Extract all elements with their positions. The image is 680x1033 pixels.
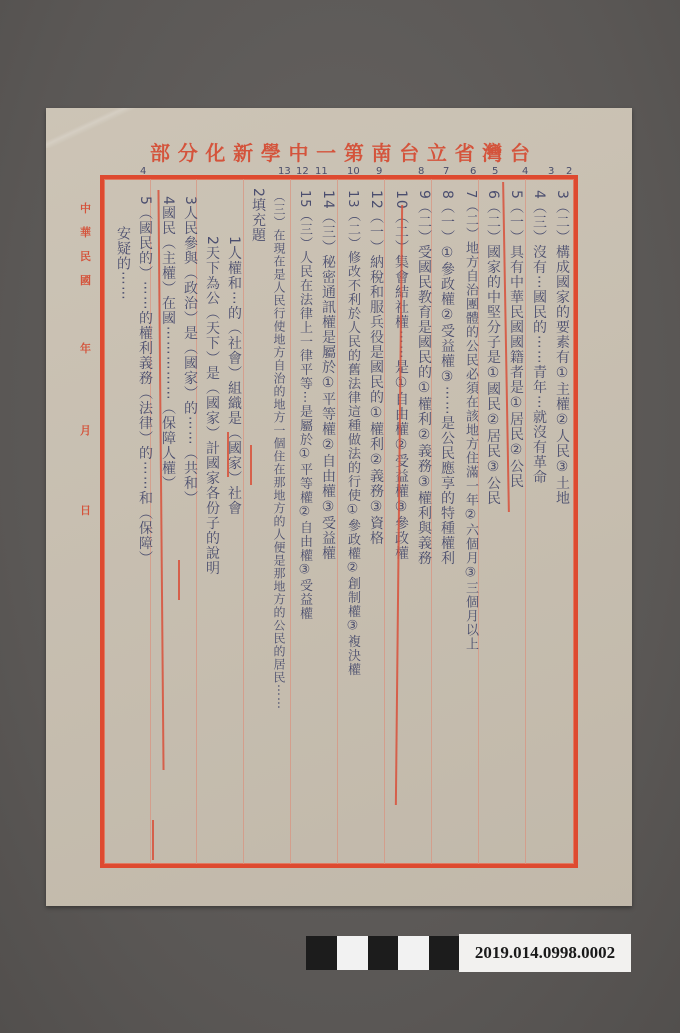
handwritten-column: 4（三）沒有⋯國民的⋯⋯青年⋯就沒有革命 [527, 190, 551, 485]
question-number: 1 [226, 236, 242, 246]
question-text: （一）納稅和服兵役是國民的①權利②義務③資格 [368, 210, 384, 546]
date-label: 民 [80, 248, 91, 264]
date-label-day: 日 [80, 502, 91, 518]
scale-patch-black [306, 936, 337, 970]
letterhead-char: 台 [510, 137, 530, 166]
letterhead-title: 台 灣 省 立 台 南 第 一 中 學 新 化 分 部 [150, 136, 530, 166]
top-line-number: 7 [443, 166, 449, 177]
top-line-number: 11 [315, 166, 328, 177]
trailing-text: 安疑的⋯⋯ [115, 226, 131, 301]
question-number: 5 [137, 196, 153, 206]
question-number: 3 [182, 196, 198, 206]
top-line-number: 13 [278, 166, 291, 177]
question-text: （二）地方自治團體的公民必須在該地方住滿一年②六個月③三個月以上 [463, 199, 478, 651]
letterhead-char: 新 [233, 137, 253, 166]
question-text: （二）受國民教育是國民的①權利②義務③權利與義務 [416, 200, 432, 566]
handwritten-column: 7（二）地方自治團體的公民必須在該地方住滿一年②六個月③三個月以上 [458, 190, 482, 651]
letterhead-char: 第 [344, 137, 364, 166]
red-pencil-mark [227, 432, 229, 477]
question-number: 13 [345, 190, 360, 209]
accession-number-label: 2019.014.0998.0002 [459, 934, 631, 972]
question-text: 人民參與（政治）是（國家）的⋯⋯（共和） [182, 206, 198, 506]
handwritten-column: 15（三）人民在法律上一律平等⋯是屬於①平等權②自由權③受益權 [292, 190, 316, 621]
question-text: （三）秘密通訊權是屬於①平等權②自由權③受益權 [320, 210, 336, 561]
section-title: 填充題 [250, 198, 266, 243]
letterhead-char: 台 [399, 137, 419, 166]
question-number: 4 [160, 196, 176, 206]
question-text: 國民（主權）在國⋯⋯⋯⋯⋯（保障人權） [160, 206, 176, 491]
top-line-number: 8 [418, 166, 424, 177]
question-text: （二）國家的中堅分子是①國民②居民③公民 [485, 200, 501, 506]
top-line-number: 5 [492, 166, 498, 177]
question-number: 14 [320, 190, 336, 210]
letterhead-char: 中 [288, 137, 308, 166]
date-margin: 中 華 民 國 年 月 日 [76, 200, 96, 520]
question-number: 8 [439, 190, 455, 200]
top-line-number: 3 [548, 166, 554, 177]
top-line-number: 4 [140, 166, 146, 177]
question-number: 12 [368, 190, 384, 210]
letterhead-char: 分 [178, 137, 198, 166]
handwritten-column: 13（二）修改不利於人民的舊法律這種做法的行使①參政權②創制權③複決權 [340, 190, 364, 677]
scale-patch-white [337, 936, 368, 970]
letterhead-char: 省 [455, 137, 475, 166]
question-text: （二）構成國家的要素有①主權②人民③土地 [554, 200, 570, 506]
top-line-number: 12 [296, 166, 309, 177]
letterhead-char: 立 [427, 137, 447, 166]
question-number: 2 [204, 236, 220, 246]
red-pencil-mark [250, 445, 252, 485]
question-number: 5 [508, 190, 524, 200]
question-number: 9 [416, 190, 432, 200]
letterhead-char: 部 [150, 137, 170, 166]
scale-patch-black [429, 936, 460, 970]
section-number: 2 [250, 188, 266, 198]
ruling-line [290, 179, 291, 864]
handwritten-column: 1人權和⋯的（社會）組織是（國家）社會 [222, 236, 246, 516]
handwritten-column: 8（一）①參政權②受益權③⋯⋯是公民應享的特種權利 [435, 190, 459, 566]
question-number: 7 [463, 190, 478, 199]
handwritten-column: 6（二）國家的中堅分子是①國民②居民③公民 [481, 190, 505, 506]
question-text: （二）修改不利於人民的舊法律這種做法的行使①參政權②創制權③複決權 [345, 209, 360, 677]
question-text: （一）①參政權②受益權③⋯⋯是公民應享的特種權利 [439, 200, 455, 566]
top-line-number: 6 [470, 166, 476, 177]
red-pencil-mark [152, 820, 154, 860]
handwritten-column: 2天下為公（天下）是（國家）計國家各份子的說明 [200, 236, 224, 576]
handwritten-column: 12（一）納稅和服兵役是國民的①權利②義務③資格 [364, 190, 388, 546]
question-number: 6 [485, 190, 501, 200]
question-text: （三）在現在是人民行使地方自治的地方一個住在那地方的人便是那地方的公民的居民⋯⋯ [272, 190, 286, 710]
letterhead-char: 灣 [482, 137, 502, 166]
date-label: 華 [80, 224, 91, 240]
top-line-number: 4 [522, 166, 528, 177]
color-calibration-scale [306, 936, 460, 970]
question-text: （一）具有中華民國國籍者是①居民②公民 [508, 200, 524, 489]
question-text: （國民的）⋯⋯的權利義務（法律）的⋯⋯和（保障） [137, 206, 153, 566]
handwritten-column: 3人民參與（政治）是（國家）的⋯⋯（共和） [178, 196, 202, 506]
question-text: （三）沒有⋯國民的⋯⋯青年⋯就沒有革命 [531, 200, 547, 485]
date-label-month: 月 [80, 422, 91, 438]
question-number: 3 [554, 190, 570, 200]
letterhead-char: 化 [205, 137, 225, 166]
handwritten-column: 9（二）受國民教育是國民的①權利②義務③權利與義務 [412, 190, 436, 566]
date-label-year: 年 [80, 340, 91, 356]
top-line-number: 10 [347, 166, 360, 177]
handwritten-column-heading: 2填充題 [246, 188, 270, 243]
date-label: 國 [80, 272, 91, 288]
letterhead-char: 學 [261, 137, 281, 166]
handwritten-column: 14（三）秘密通訊權是屬於①平等權②自由權③受益權 [316, 190, 340, 561]
question-number: 15 [297, 190, 312, 209]
scale-patch-white [398, 936, 429, 970]
question-text: （三）人民在法律上一律平等⋯是屬於①平等權②自由權③受益權 [297, 209, 312, 621]
handwritten-column: 安疑的⋯⋯ [111, 226, 135, 301]
question-text: 天下為公（天下）是（國家）計國家各份子的說明 [204, 246, 220, 576]
top-line-number: 9 [376, 166, 382, 177]
paper-fold-crease [46, 108, 136, 148]
handwritten-column: 5（國民的）⋯⋯的權利義務（法律）的⋯⋯和（保障） [133, 196, 157, 566]
scale-patch-black [368, 936, 399, 970]
top-line-number: 2 [566, 166, 572, 177]
handwritten-column: 3（二）構成國家的要素有①主權②人民③土地 [550, 190, 574, 590]
letterhead-char: 一 [316, 137, 336, 166]
red-pencil-mark [178, 560, 180, 600]
handwritten-column: （三）在現在是人民行使地方自治的地方一個住在那地方的人便是那地方的公民的居民⋯⋯ [268, 190, 290, 710]
question-number: 4 [531, 190, 547, 200]
date-label: 中 [80, 200, 91, 216]
letterhead-char: 南 [372, 137, 392, 166]
